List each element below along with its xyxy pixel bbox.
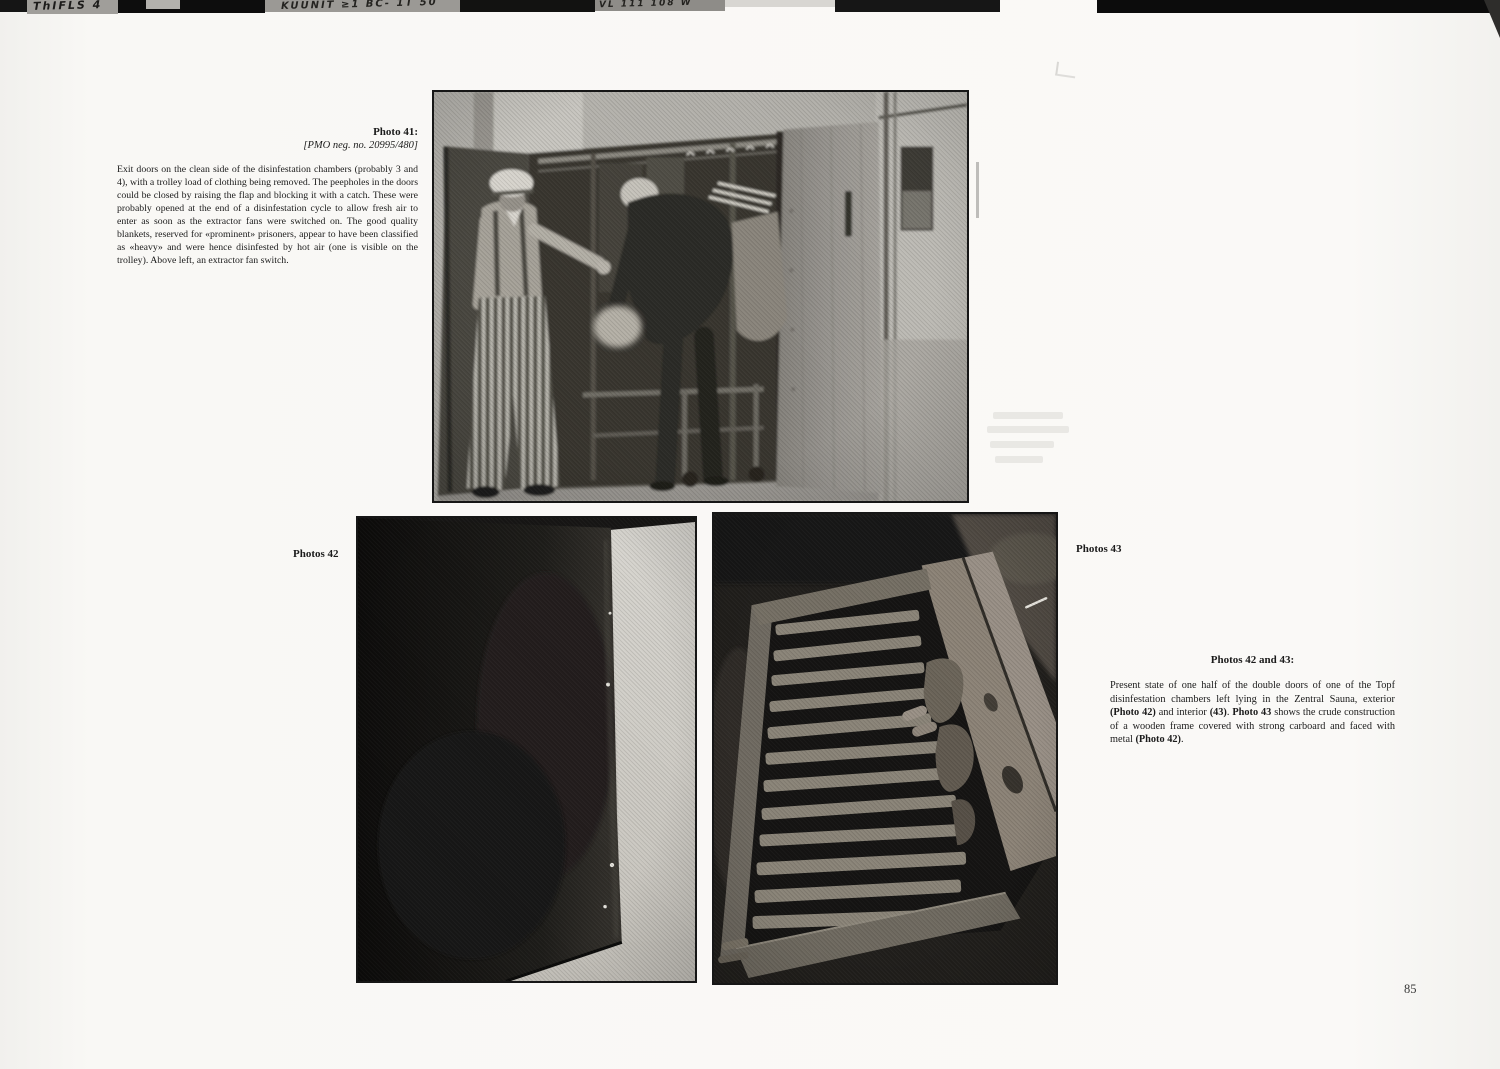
page-number: 85 [1404, 982, 1417, 997]
scan-bar [460, 0, 595, 12]
scan-bar: KUUNIT ≥1 BC- 1T 50 [265, 0, 460, 12]
scan-bar: VL 111 108 W [595, 0, 725, 11]
scan-bar [835, 0, 1000, 12]
scan-edge-strip: ThIFLS 4 KUUNIT ≥1 BC- 1T 50 VL 111 108 … [0, 0, 1500, 16]
photo-43-image [714, 514, 1056, 983]
photos-42-43-caption-text: Present state of one half of the double … [1110, 679, 1395, 747]
fan-switch-recess [900, 146, 933, 230]
scan-corner-artifact [1484, 0, 1500, 38]
scan-smudge [976, 162, 979, 218]
photo-41-disinfestation-doors [432, 90, 969, 503]
handwriting-right: VL 111 108 W [599, 0, 693, 10]
photo-42-image [358, 518, 695, 981]
photo-41-heading: Photo 41: [117, 126, 418, 139]
photo-43-door-interior-frame [712, 512, 1058, 985]
scanned-book-page: ThIFLS 4 KUUNIT ≥1 BC- 1T 50 VL 111 108 … [0, 0, 1500, 1069]
scan-bar [118, 0, 265, 13]
scan-bar [1097, 0, 1500, 13]
photo-41-negative-number: [PMO neg. no. 20995/480] [117, 139, 418, 152]
draped-blanket [732, 212, 788, 341]
handwriting-mid: KUUNIT ≥1 BC- 1T 50 [281, 0, 438, 12]
photo-41-caption-heading: Photo 41: [PMO neg. no. 20995/480] [117, 126, 418, 152]
photo-42-door-exterior [356, 516, 697, 983]
scan-bar [725, 0, 835, 7]
photo-43-label: Photos 43 [1076, 543, 1122, 555]
scan-bar: ThIFLS 4 [27, 0, 118, 14]
door-handle [845, 191, 852, 237]
photo-41-caption-text: Exit doors on the clean side of the disi… [117, 163, 418, 267]
page-bleedthrough [985, 408, 1080, 470]
wall-strip [611, 522, 695, 944]
photos-42-43-caption-heading: Photos 42 and 43: [1110, 654, 1395, 666]
wooden-door-frame [718, 552, 1056, 978]
scan-bar [0, 0, 27, 12]
photo-41-image [434, 92, 967, 501]
handwriting-left: ThIFLS 4 [33, 0, 103, 13]
photo-42-label: Photos 42 [293, 548, 339, 560]
open-chamber-door [776, 122, 882, 493]
blanket-bundle [594, 306, 642, 348]
scan-smudge [1055, 62, 1077, 79]
scan-bar [146, 0, 180, 9]
